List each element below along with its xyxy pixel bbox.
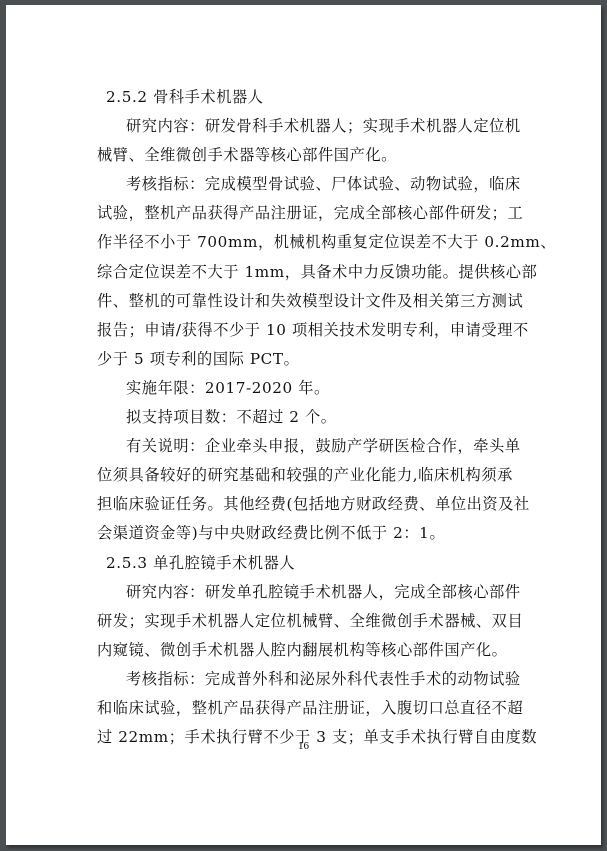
- paragraph-line: 实施年限：2017-2020 年。: [97, 374, 517, 403]
- paragraph-line: 内窥镜、微创手术机器人腔内翻展机构等核心部件国产化。: [97, 636, 517, 665]
- paragraph-line: 试验，整机产品获得产品注册证，完成全部核心部件研发；工: [97, 199, 517, 228]
- paragraph-line: 拟支持项目数：不超过 2 个。: [97, 403, 517, 432]
- paragraph-line: 会渠道资金等)与中央财政经费比例不低于 2：1。: [97, 519, 517, 548]
- paragraph-line: 少于 5 项专利的国际 PCT。: [97, 345, 517, 374]
- page-number: 16: [6, 740, 601, 752]
- paragraph-line: 研发；实现手术机器人定位机械臂、全维微创手术器械、双目: [97, 607, 517, 636]
- paragraph-line: 担临床验证任务。其他经费(包括地方财政经费、单位出资及社: [97, 490, 517, 519]
- paragraph-line: 研究内容：研发单孔腔镜手术机器人，完成全部核心部件: [97, 578, 517, 607]
- paragraph-line: 和临床试验，整机产品获得产品注册证，入腹切口总直径不超: [97, 694, 517, 723]
- paragraph-line: 位须具备较好的研究基础和较强的产业化能力,临床机构须承: [97, 461, 517, 490]
- paragraph-line: 研究内容：研发骨科手术机器人；实现手术机器人定位机: [97, 112, 517, 141]
- paragraph-line: 件、整机的可靠性设计和失效模型设计文件及相关第三方测试: [97, 287, 517, 316]
- section-heading-2-5-2: 2.5.2 骨科手术机器人: [97, 83, 517, 112]
- paragraph-line: 考核指标：完成模型骨试验、尸体试验、动物试验，临床: [97, 170, 517, 199]
- section-heading-2-5-3: 2.5.3 单孔腔镜手术机器人: [97, 549, 517, 578]
- paragraph-line: 有关说明：企业牵头申报，鼓励产学研医检合作，牵头单: [97, 432, 517, 461]
- paragraph-line: 作半径不小于 700mm，机械机构重复定位误差不大于 0.2mm、: [97, 228, 517, 257]
- document-page: 2.5.2 骨科手术机器人 研究内容：研发骨科手术机器人；实现手术机器人定位机 …: [6, 5, 601, 845]
- paragraph-line: 考核指标：完成普外科和泌尿外科代表性手术的动物试验: [97, 665, 517, 694]
- paragraph-line: 报告；申请/获得不少于 10 项相关技术发明专利，申请受理不: [97, 316, 517, 345]
- paragraph-line: 械臂、全维微创手术器等核心部件国产化。: [97, 141, 517, 170]
- paragraph-line: 综合定位误差不大于 1mm，具备术中力反馈功能。提供核心部: [97, 258, 517, 287]
- page-content: 2.5.2 骨科手术机器人 研究内容：研发骨科手术机器人；实现手术机器人定位机 …: [97, 83, 517, 752]
